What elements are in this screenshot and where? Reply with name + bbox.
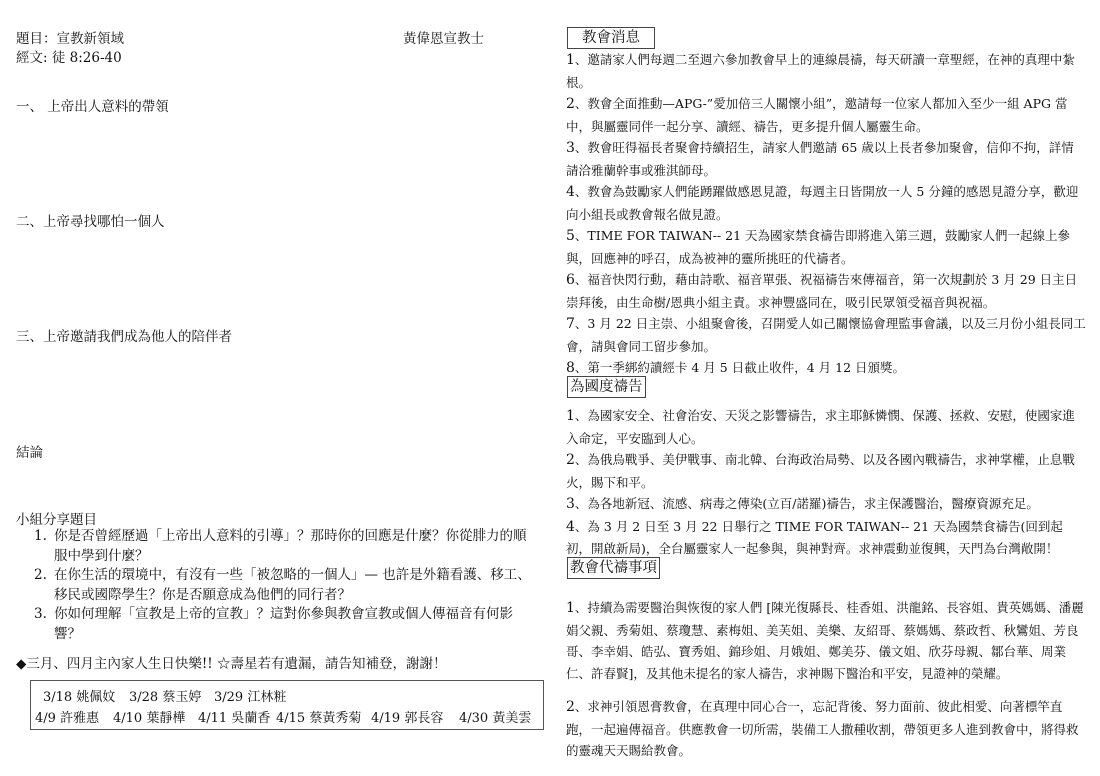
- item-text: 、3 月 22 日主崇、小組聚會後，召開愛人如己關懷協會理監事會議，以及三月份小…: [566, 316, 1086, 354]
- birthday-heading: ◆三月、四月主內家人生日快樂!! ☆壽星若有遺漏，請告知補登，謝謝！: [16, 652, 447, 672]
- birthday-entry: 4/15 蔡黃秀菊: [276, 707, 361, 726]
- birthday-entry: 3/28 蔡玉婷: [129, 686, 201, 705]
- church-intercession-heading: 教會代禱事項: [567, 557, 660, 579]
- small-group-question: 1. 你是否曾經歷過「上帝出人意料的引導」？那時你的回應是什麼？你從腓力的順服中…: [34, 527, 534, 566]
- item-text: 、第一季綁約讀經卡 4 月 5 日截止收件，4 月 12 日頒獎。: [575, 360, 905, 375]
- item-number: 2: [566, 699, 575, 715]
- birthday-entry: 4/11 吳蘭香: [198, 707, 270, 726]
- birthday-entry: 4/10 葉靜樺: [113, 707, 185, 726]
- national-prayer-item: 2、為俄烏戰爭、美伊戰事、南北韓、台海政治局勢、以及各國內戰禱告，求神掌權，止息…: [566, 449, 1086, 493]
- small-group-question-list: 1. 你是否曾經歷過「上帝出人意料的引導」？那時你的回應是什麼？你從腓力的順服中…: [34, 527, 534, 644]
- birthday-date: 3/28: [129, 690, 158, 705]
- birthday-date: 3/29: [214, 690, 243, 705]
- item-number: 1: [566, 600, 575, 616]
- item-text: 、教會為鼓勵家人們能踴躍做感恩見證，每週主日皆開放一人 5 分鐘的感恩見證分享，…: [566, 184, 1078, 222]
- national-prayer-item: 3、為各地新冠、流感、病毒之傳染(立百/諾羅)禱告，求主保護醫治，醫療資源充足。: [566, 493, 1086, 516]
- birthday-name: 蔡玉婷: [162, 690, 201, 705]
- question-number: 2.: [34, 566, 47, 586]
- national-prayer-item: 1、為國家安全、社會治安、天災之影響禱告，求主耶穌憐憫、保護、拯救、安慰，使國家…: [566, 405, 1086, 449]
- item-text: 、邀請家人們每週二至週六參加教會早上的連線晨禱，每天研讀一章聖經，在神的真理中紮…: [566, 52, 1075, 90]
- birthday-date: 4/9: [35, 711, 56, 726]
- birthday-name: 黃美雲: [492, 711, 531, 726]
- sermon-point-2: 二、上帝尋找哪怕一個人: [16, 210, 165, 230]
- speaker-name: 黃偉恩宣教士: [403, 27, 484, 47]
- item-number: 1: [566, 52, 575, 68]
- church-news-list: 1、邀請家人們每週二至週六參加教會早上的連線晨禱，每天研讀一章聖經，在神的真理中…: [566, 49, 1086, 380]
- birthday-name: 吳蘭香: [231, 711, 270, 726]
- item-text: 、為國家安全、社會治安、天災之影響禱告，求主耶穌憐憫、保護、拯救、安慰，使國家進…: [566, 408, 1075, 446]
- church-news-item: 4、教會為鼓勵家人們能踴躍做感恩見證，每週主日皆開放一人 5 分鐘的感恩見證分享…: [566, 181, 1086, 225]
- item-text: 、為 3 月 2 日至 3 月 22 日舉行之 TIME FOR TAIWAN-…: [566, 519, 1063, 557]
- national-prayer-heading: 為國度禱告: [567, 376, 646, 398]
- church-news-item: 2、教會全面推動—APG-”愛加倍三人關懷小組”，邀請每一位家人都加入至少一組 …: [566, 93, 1086, 137]
- birthday-date: 4/30: [459, 711, 488, 726]
- item-number: 5: [566, 228, 575, 244]
- birthday-list-box: 3/18 姚佩妏 3/28 蔡玉婷 3/29 江林粧 4/9 許雅惠 4/10 …: [30, 680, 544, 730]
- birthday-entry: 4/19 郭長容: [371, 707, 443, 726]
- birthday-entry: 4/30 黃美雲: [459, 707, 531, 726]
- birthday-name: 葉靜樺: [146, 711, 185, 726]
- small-group-question: 3. 你如何理解「宣教是上帝的宣教」？這對你參與教會宣教或個人傳福音有何影響？: [34, 605, 534, 644]
- item-number: 4: [566, 519, 575, 535]
- birthday-date: 4/10: [113, 711, 142, 726]
- item-text: 、為各地新冠、流感、病毒之傳染(立百/諾羅)禱告，求主保護醫治，醫療資源充足。: [575, 496, 1039, 511]
- church-news-item: 1、邀請家人們每週二至週六參加教會早上的連線晨禱，每天研讀一章聖經，在神的真理中…: [566, 49, 1086, 93]
- church-intercession-list: 1、持續為需要醫治與恢復的家人們 [陳光復縣長、桂香姐、洪龍銘、長容姐、貴英媽媽…: [566, 597, 1086, 762]
- church-news-heading: 教會消息: [567, 27, 655, 49]
- birthday-date: 4/19: [371, 711, 400, 726]
- small-group-heading: 小組分享題目: [16, 508, 97, 528]
- birthday-name: 郭長容: [404, 711, 443, 726]
- item-number: 2: [566, 452, 575, 468]
- church-intercession-item: 1、持續為需要醫治與恢復的家人們 [陳光復縣長、桂香姐、洪龍銘、長容姐、貴英媽媽…: [566, 597, 1086, 684]
- small-group-question: 2. 在你生活的環境中，有沒有一些「被忽略的一個人」— 也許是外籍看護、移工、移…: [34, 566, 534, 605]
- sermon-point-3: 三、上帝邀請我們成為他人的陪伴者: [16, 325, 232, 345]
- item-text: 、TIME FOR TAIWAN-- 21 天為國家禁食禱告即將進入第三週，鼓勵…: [566, 228, 1070, 266]
- item-number: 3: [566, 496, 575, 512]
- item-text: 、持續為需要醫治與恢復的家人們 [陳光復縣長、桂香姐、洪龍銘、長容姐、貴英媽媽、…: [566, 600, 1084, 681]
- birthday-name: 姚佩妏: [76, 690, 115, 705]
- question-number: 3.: [34, 605, 47, 625]
- item-number: 7: [566, 316, 575, 332]
- item-text: 、教會旺得福長者聚會持續招生，請家人們邀請 65 歲以上長者參加聚會，信仰不拘，…: [566, 140, 1074, 178]
- church-news-item: 5、TIME FOR TAIWAN-- 21 天為國家禁食禱告即將進入第三週，鼓…: [566, 225, 1086, 269]
- birthday-name: 江林粧: [247, 690, 286, 705]
- conclusion-heading: 結論: [16, 441, 43, 461]
- church-news-item: 6、福音快閃行動，藉由詩歌、福音單張、祝福禱告來傳福音，第一次規劃於 3 月 2…: [566, 269, 1086, 313]
- item-text: 、教會全面推動—APG-”愛加倍三人關懷小組”，邀請每一位家人都加入至少一組 A…: [566, 96, 1067, 134]
- birthday-entry: 3/29 江林粧: [214, 686, 286, 705]
- item-number: 3: [566, 140, 575, 156]
- national-prayer-list: 1、為國家安全、社會治安、天災之影響禱告，求主耶穌憐憫、保護、拯救、安慰，使國家…: [566, 405, 1086, 560]
- birthday-date: 3/18: [43, 690, 72, 705]
- item-number: 2: [566, 96, 575, 112]
- scripture-reference: 經文: 徒 8:26-40: [16, 46, 122, 66]
- item-number: 8: [566, 360, 575, 376]
- question-number: 1.: [34, 527, 47, 547]
- sermon-point-1: 一、 上帝出人意料的帶領: [16, 95, 169, 115]
- item-text: 、福音快閃行動，藉由詩歌、福音單張、祝福禱告來傳福音，第一次規劃於 3 月 29…: [566, 272, 1077, 310]
- question-text: 你如何理解「宣教是上帝的宣教」？這對你參與教會宣教或個人傳福音有何影響？: [54, 606, 513, 642]
- birthday-entry: 3/18 姚佩妏: [43, 686, 115, 705]
- birthday-name: 蔡黃秀菊: [309, 711, 361, 726]
- church-news-item: 7、3 月 22 日主崇、小組聚會後，召開愛人如己關懷協會理監事會議，以及三月份…: [566, 313, 1086, 357]
- birthday-date: 4/15: [276, 711, 305, 726]
- question-text: 在你生活的環境中，有沒有一些「被忽略的一個人」— 也許是外籍看護、移工、移民或國…: [54, 567, 531, 603]
- item-text: 、為俄烏戰爭、美伊戰事、南北韓、台海政治局勢、以及各國內戰禱告，求神掌權，止息戰…: [566, 452, 1075, 490]
- question-text: 你是否曾經歷過「上帝出人意料的引導」？那時你的回應是什麼？你從腓力的順服中學到什…: [54, 528, 527, 564]
- item-number: 1: [566, 408, 575, 424]
- item-number: 4: [566, 184, 575, 200]
- birthday-entry: 4/9 許雅惠: [35, 707, 99, 726]
- church-news-item: 3、教會旺得福長者聚會持續招生，請家人們邀請 65 歲以上長者參加聚會，信仰不拘…: [566, 137, 1086, 181]
- birthday-name: 許雅惠: [60, 711, 99, 726]
- sermon-title: 題目：宣教新領域: [16, 27, 124, 47]
- birthday-date: 4/11: [198, 711, 227, 726]
- item-text: 、求神引領恩膏教會，在真理中同心合一，忘記背後、努力面前、彼此相愛、向著標竿直跑…: [566, 699, 1079, 758]
- church-intercession-item: 2、求神引領恩膏教會，在真理中同心合一，忘記背後、努力面前、彼此相愛、向著標竿直…: [566, 696, 1086, 762]
- item-number: 6: [566, 272, 575, 288]
- national-prayer-item: 4、為 3 月 2 日至 3 月 22 日舉行之 TIME FOR TAIWAN…: [566, 516, 1086, 560]
